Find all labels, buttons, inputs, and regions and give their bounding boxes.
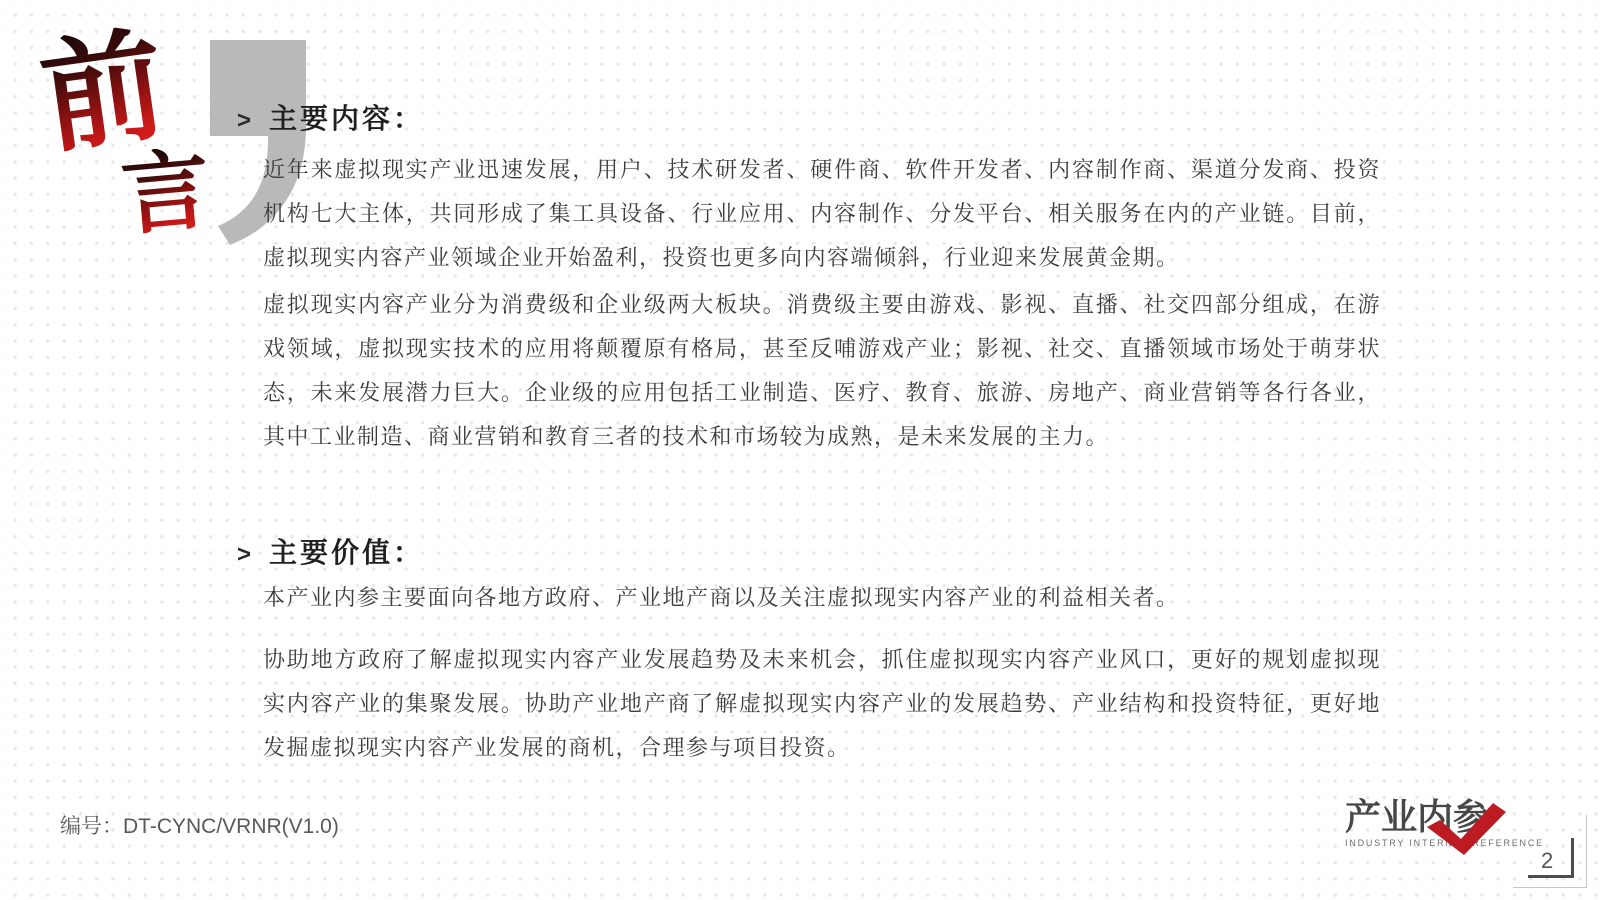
corner-frame-line [1513, 887, 1587, 888]
slide-title-char-qian: 前 [34, 22, 172, 160]
page-number-bracket [1571, 838, 1574, 878]
section-heading-main-value: > 主要价值： [237, 535, 424, 573]
brand-logo-subtext: INDUSTRY INTERNAL REFERENCE [1345, 838, 1520, 848]
heading-text: 主要价值： [269, 535, 424, 571]
paragraph: 协助地方政府了解虚拟现实内容产业发展趋势及未来机会，抓住虚拟现实内容产业风口，更… [263, 638, 1381, 770]
heading-marker: > [237, 103, 251, 139]
section-heading-main-content: > 主要内容： [237, 101, 424, 139]
page-number-bracket [1528, 875, 1574, 878]
corner-frame-line [1586, 815, 1587, 888]
slide: 前 言 > 主要内容： 近年来虚拟现实产业迅速发展，用户、技术研发者、硬件商、软… [0, 0, 1600, 900]
slide-title-char-yan: 言 [118, 144, 213, 239]
paragraph: 虚拟现实内容产业分为消费级和企业级两大板块。消费级主要由游戏、影视、直播、社交四… [263, 283, 1381, 459]
brand-logo: 产业内参 INDUSTRY INTERNAL REFERENCE [1345, 797, 1520, 848]
heading-marker: > [237, 537, 251, 573]
page-number: 2 [1541, 848, 1553, 874]
paragraph: 本产业内参主要面向各地方政府、产业地产商以及关注虚拟现实内容产业的利益相关者。 [263, 576, 1381, 620]
paragraph: 近年来虚拟现实产业迅速发展，用户、技术研发者、硬件商、软件开发者、内容制作商、渠… [263, 148, 1381, 280]
brand-logo-text: 产业内参 [1345, 797, 1520, 837]
document-number: 编号：DT-CYNC/VRNR(V1.0) [60, 810, 339, 840]
heading-text: 主要内容： [269, 101, 424, 137]
